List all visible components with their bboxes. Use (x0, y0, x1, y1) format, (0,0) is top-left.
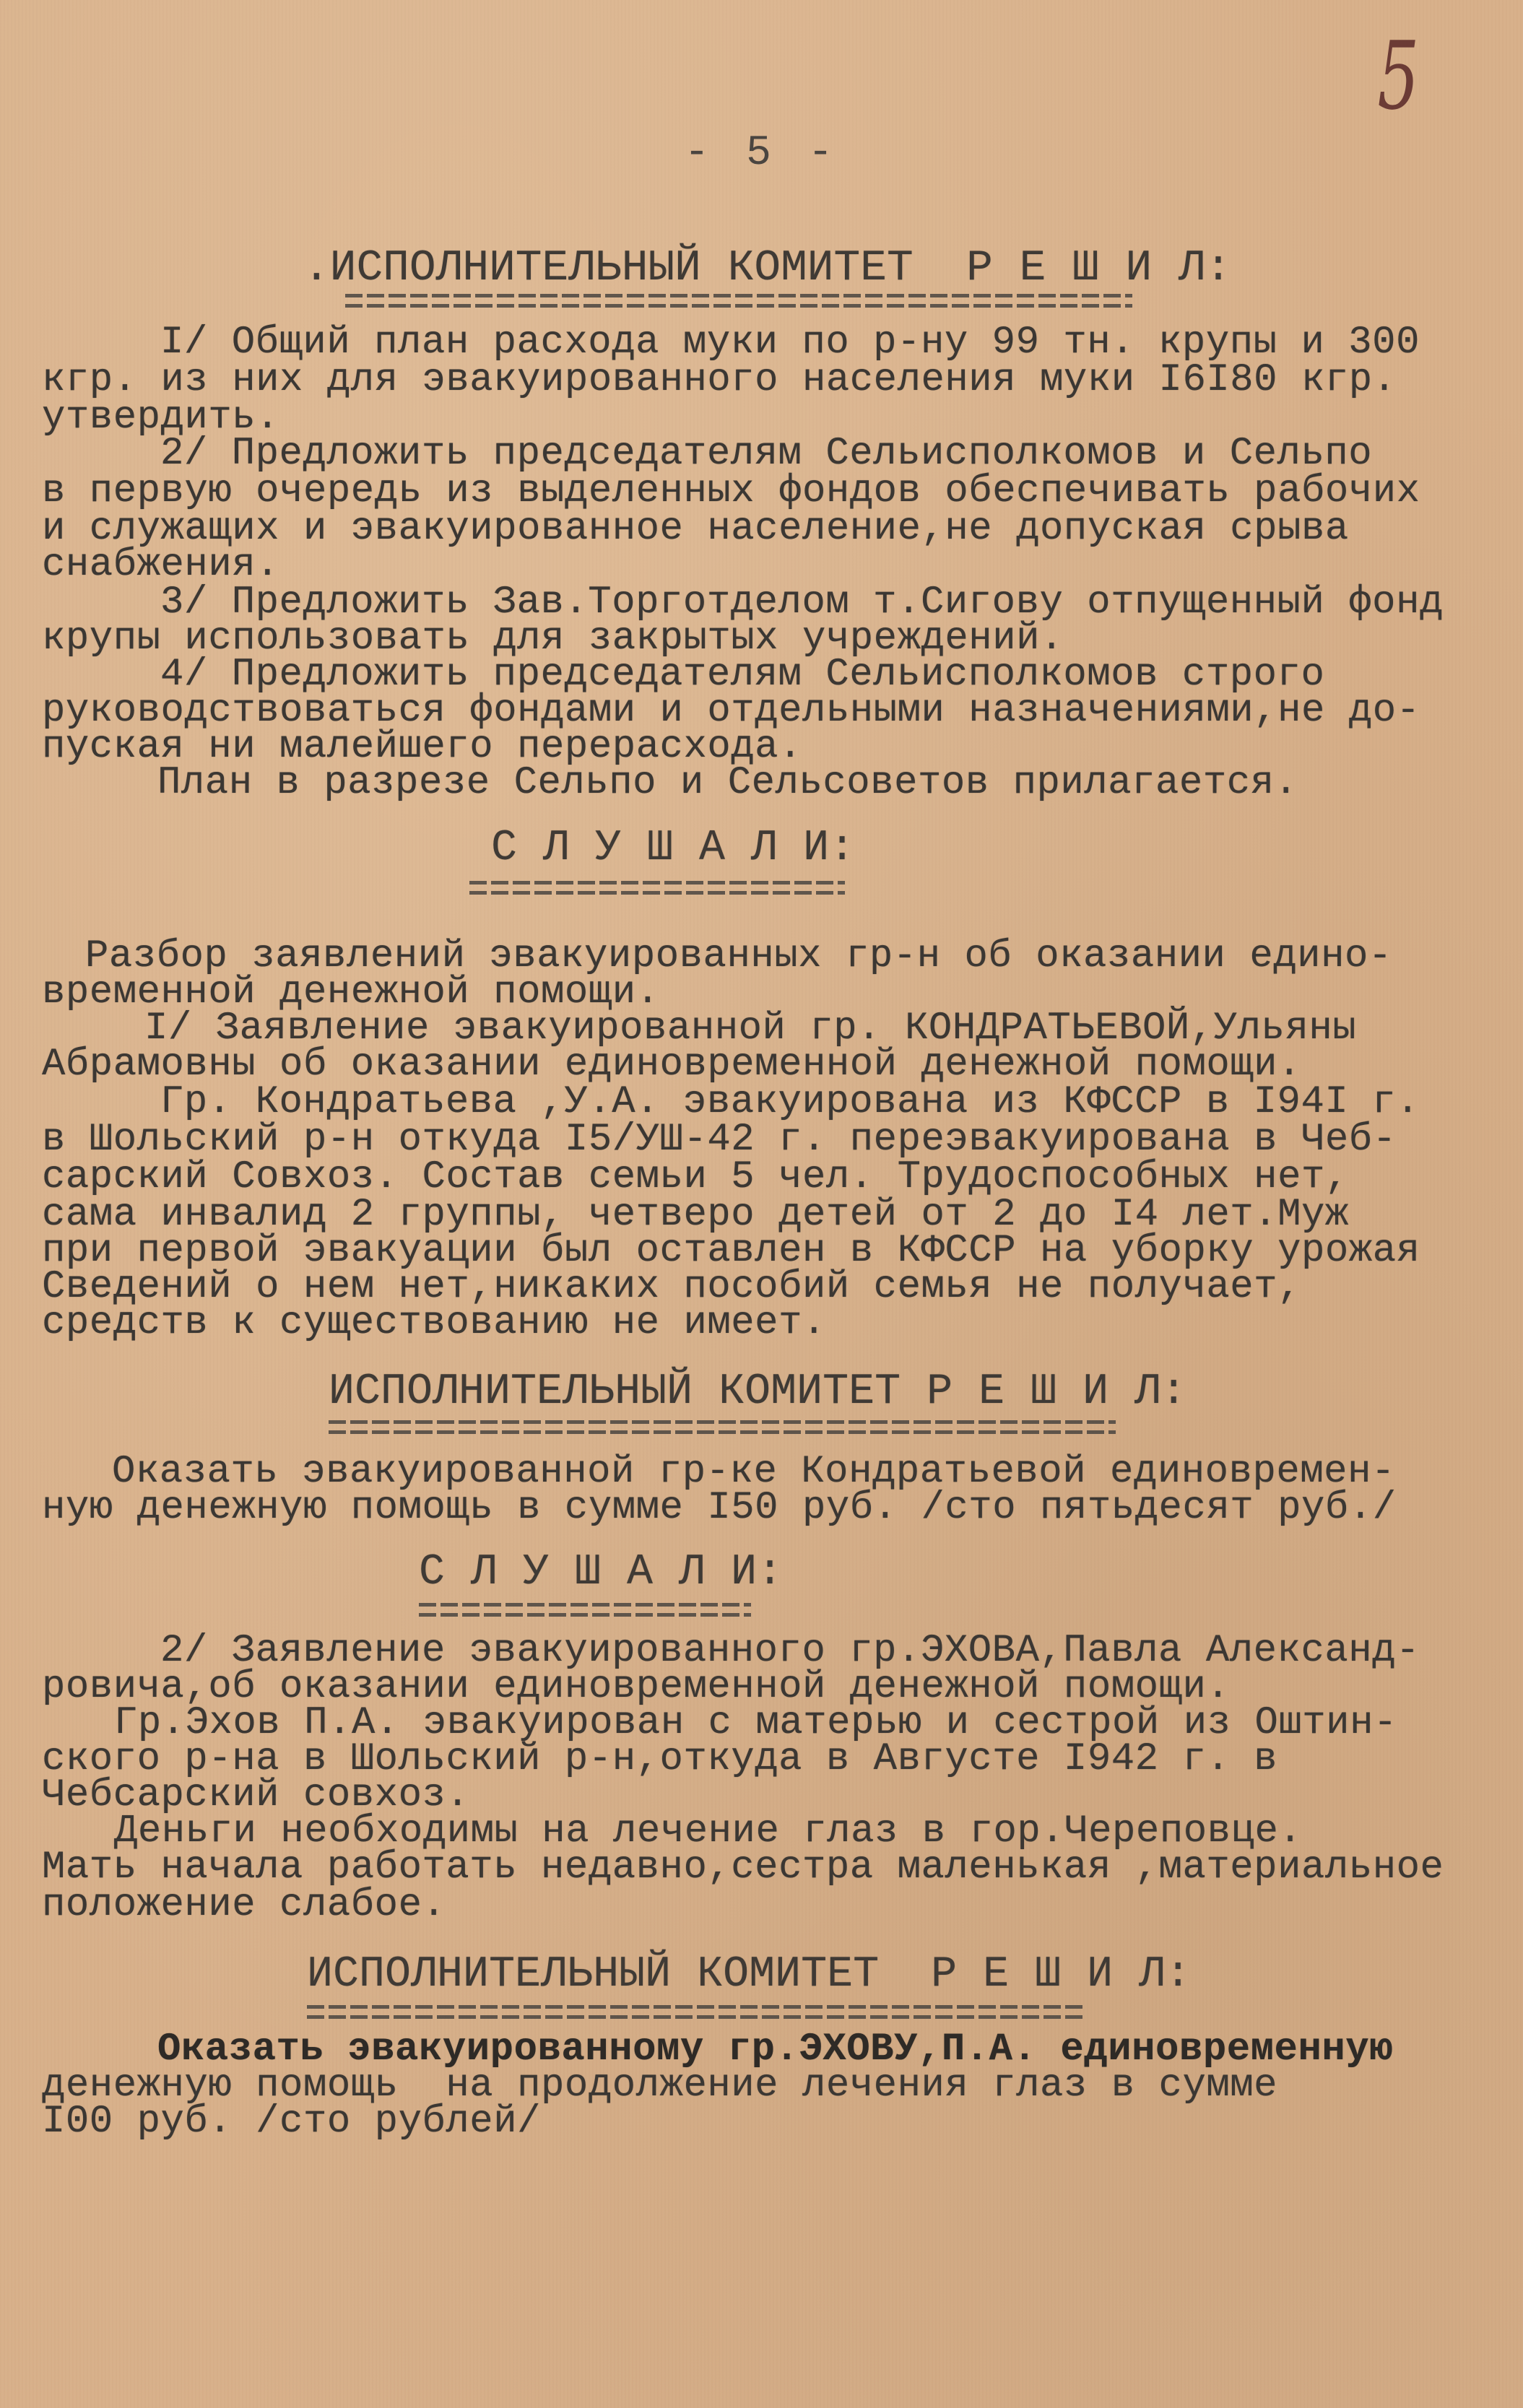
text-line: Абрамовны об оказании единовременной ден… (42, 1046, 1301, 1085)
text-line: I/ Общий план расхода муки по р-ну 99 тн… (160, 323, 1420, 362)
text-line: Гр. Кондратьева ,У.А. эвакуирована из КФ… (160, 1083, 1420, 1122)
text-line: I00 руб. /сто рублей/ (42, 2103, 541, 2142)
double-underline (419, 1601, 751, 1620)
handwritten-sheet-number: 5 (1377, 29, 1419, 123)
document-page: 5 - 5 - .ИСПОЛНИТЕЛЬНЫЙ КОМИТЕТ Р Е Ш И … (0, 0, 1523, 2408)
text-line: План в разрезе Сельпо и Сельсоветов прил… (157, 764, 1298, 803)
text-line: Мать начала работать недавно,сестра мале… (42, 1848, 1444, 1887)
text-line: ную денежную помощь в сумме I50 руб. /ст… (42, 1489, 1397, 1528)
text-line: средств к существованию не имеет. (42, 1304, 826, 1343)
text-line: сарский Совхоз. Состав семьи 5 чел. Труд… (42, 1158, 1349, 1197)
section-heading-heard: С Л У Ш А Л И: (419, 1551, 783, 1594)
page-number: - 5 - (0, 130, 1523, 177)
double-underline (307, 2004, 1087, 2022)
text-line: в первую очередь из выделенных фондов об… (42, 472, 1420, 511)
section-heading-decision: ИСПОЛНИТЕЛЬНЫЙ КОМИТЕТ Р Е Ш И Л: (307, 1953, 1191, 1996)
text-line: в Шольский р-н откуда I5/УШ-42 г. переэв… (42, 1121, 1397, 1160)
text-line: 2/ Предложить председателям Сельисполком… (160, 435, 1372, 474)
text-line: положение слабое. (42, 1886, 446, 1925)
text-line: кгр. из них для эвакуированного населени… (42, 361, 1397, 400)
section-heading-decision: .ИСПОЛНИТЕЛЬНЫЙ КОМИТЕТ Р Е Ш И Л: (303, 247, 1231, 290)
section-heading-heard: С Л У Ш А Л И: (491, 827, 855, 870)
double-underline (329, 1419, 1116, 1438)
double-underline (345, 292, 1132, 311)
text-line: снабжения. (42, 546, 279, 585)
section-heading-decision: ИСПОЛНИТЕЛЬНЫЙ КОМИТЕТ Р Е Ш И Л: (329, 1370, 1186, 1414)
double-underline (469, 879, 845, 898)
